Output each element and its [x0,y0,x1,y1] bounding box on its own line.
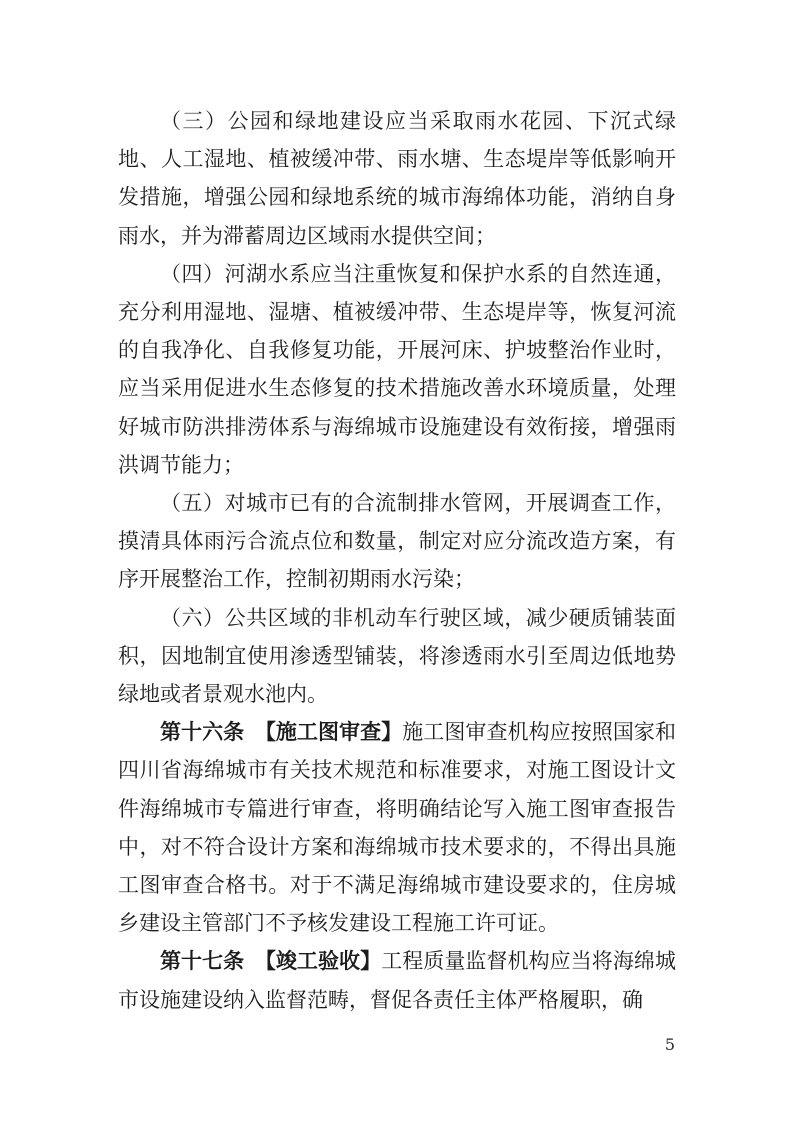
paragraph: 第十六条 【施工图审查】施工图审查机构应按照国家和四川省海绵城市有关技术规范和标… [118,713,676,942]
page-number: 5 [660,1035,680,1055]
article-number: 第十七条 [160,948,265,973]
paragraph: （五）对城市已有的合流制排水管网，开展调查工作，摸清具体雨污合流点位和数量，制定… [118,484,676,599]
article-title: 【竣工验收】 [265,948,381,973]
paragraph: 第十七条 【竣工验收】工程质量监督机构应当将海绵城市设施建设纳入监督范畴，督促各… [118,942,676,1018]
body-text: （三）公园和绿地建设应当采取雨水花园、下沉式绿地、人工湿地、植被缓冲带、雨水塘、… [118,109,676,248]
document-body: （三）公园和绿地建设应当采取雨水花园、下沉式绿地、人工湿地、植被缓冲带、雨水塘、… [118,102,676,1019]
paragraph: （四）河湖水系应当注重恢复和保护水系的自然连通，充分利用湿地、湿塘、植被缓冲带、… [118,255,676,484]
article-number: 第十六条 [160,719,265,744]
paragraph: （三）公园和绿地建设应当采取雨水花园、下沉式绿地、人工湿地、植被缓冲带、雨水塘、… [118,102,676,255]
paragraph: （六）公共区域的非机动车行驶区域，减少硬质铺装面积，因地制宜使用渗透型铺装，将渗… [118,599,676,714]
body-text: （四）河湖水系应当注重恢复和保护水系的自然连通，充分利用湿地、湿塘、植被缓冲带、… [118,262,676,477]
body-text: （六）公共区域的非机动车行驶区域，减少硬质铺装面积，因地制宜使用渗透型铺装，将渗… [118,606,676,706]
article-title: 【施工图审查】 [265,719,402,744]
document-page: （三）公园和绿地建设应当采取雨水花园、下沉式绿地、人工湿地、植被缓冲带、雨水塘、… [0,0,793,1122]
body-text: （五）对城市已有的合流制排水管网，开展调查工作，摸清具体雨污合流点位和数量，制定… [118,491,676,591]
body-text: 施工图审查机构应按照国家和四川省海绵城市有关技术规范和标准要求，对施工图设计文件… [118,720,676,935]
